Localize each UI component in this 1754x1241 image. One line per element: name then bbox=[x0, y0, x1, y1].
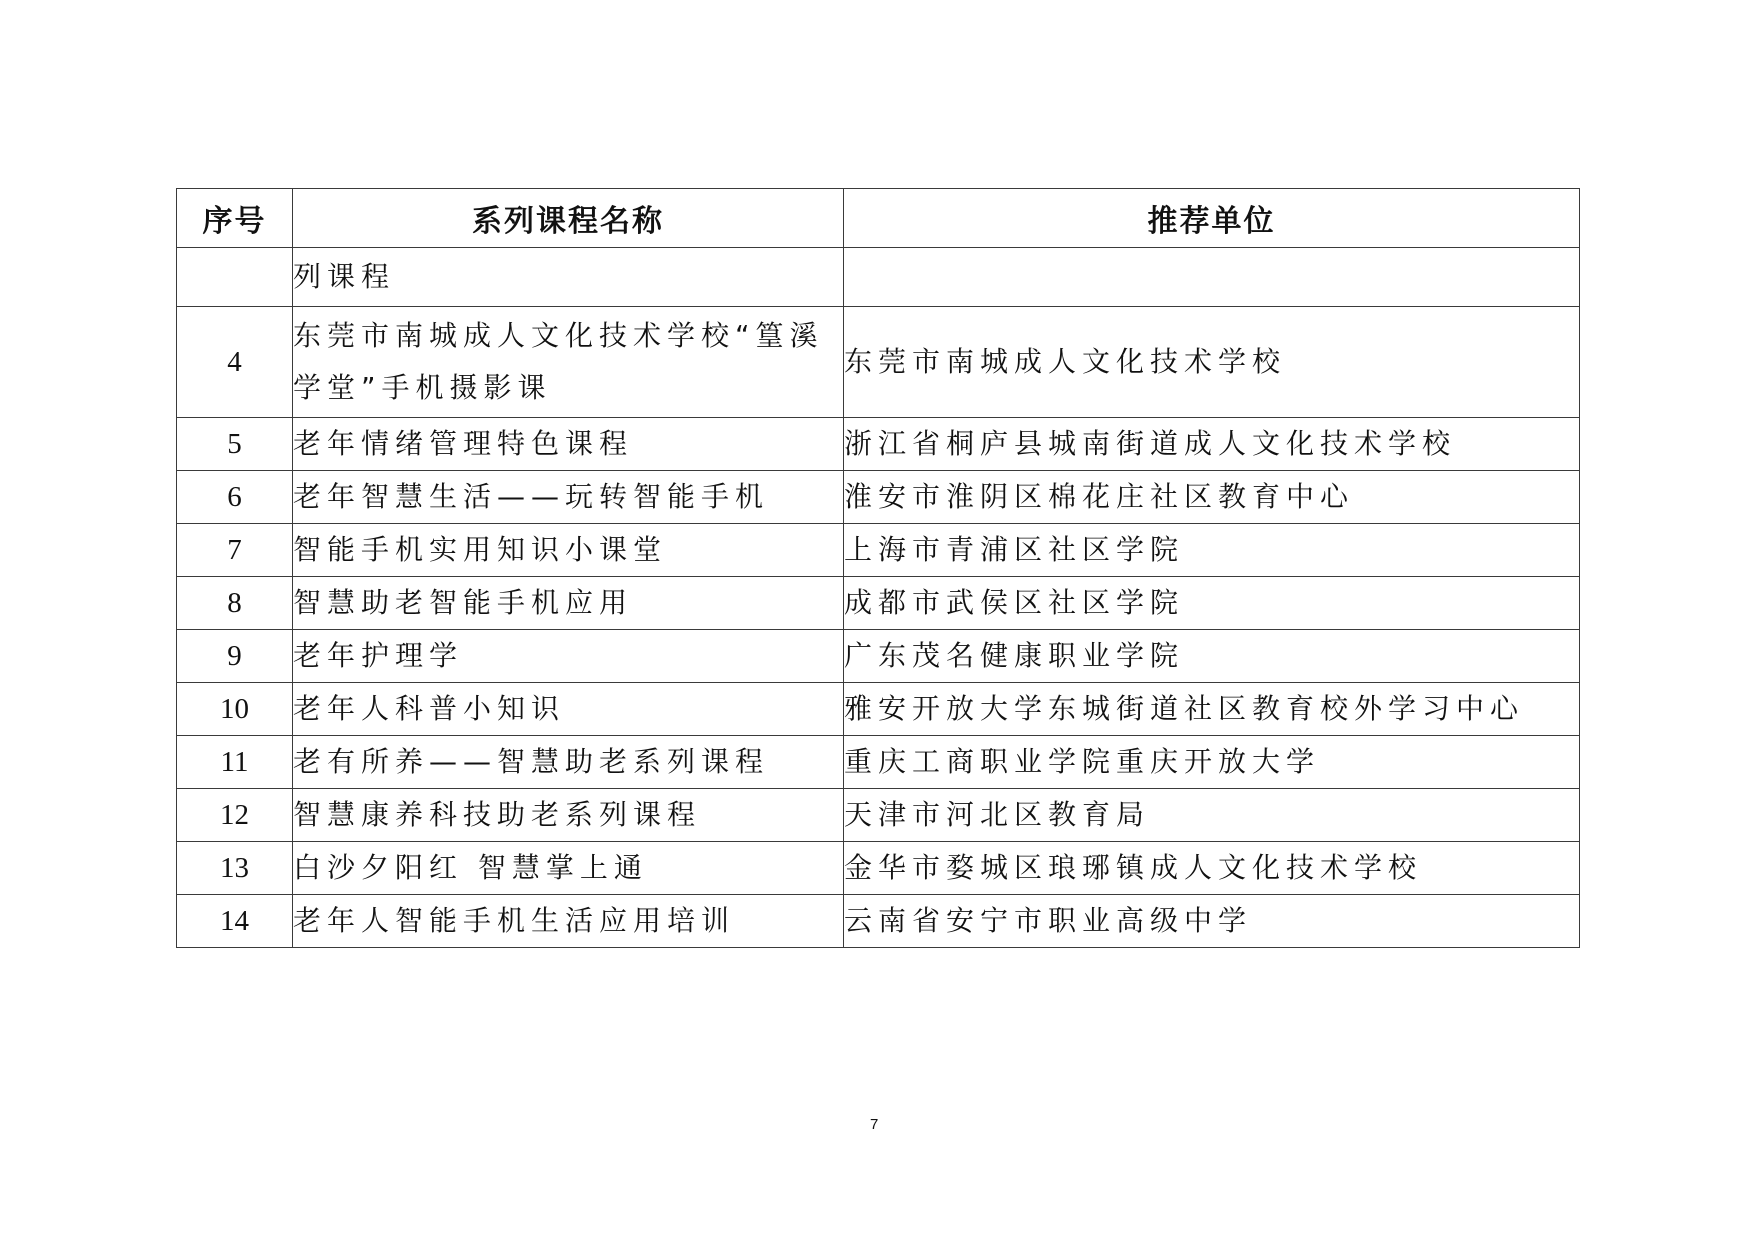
cell-recommending-unit: 东莞市南城成人文化技术学校 bbox=[844, 307, 1580, 418]
table-row: 14 老年人智能手机生活应用培训 云南省安宁市职业高级中学 bbox=[177, 895, 1580, 948]
cell-course-name: 老年护理学 bbox=[293, 630, 844, 683]
cell-course-name: 智能手机实用知识小课堂 bbox=[293, 524, 844, 577]
document-page: 序号 系列课程名称 推荐单位 列课程 4 东莞市南城成人文化技术学校“篁溪学堂”… bbox=[0, 0, 1754, 1241]
cell-course-name: 老年智慧生活——玩转智能手机 bbox=[293, 471, 844, 524]
table-row: 8 智慧助老智能手机应用 成都市武侯区社区学院 bbox=[177, 577, 1580, 630]
cell-recommending-unit: 淮安市淮阴区棉花庄社区教育中心 bbox=[844, 471, 1580, 524]
cell-serial-number: 13 bbox=[177, 842, 293, 895]
cell-course-name: 智慧助老智能手机应用 bbox=[293, 577, 844, 630]
table-row: 4 东莞市南城成人文化技术学校“篁溪学堂”手机摄影课 东莞市南城成人文化技术学校 bbox=[177, 307, 1580, 418]
table-row: 5 老年情绪管理特色课程 浙江省桐庐县城南街道成人文化技术学校 bbox=[177, 418, 1580, 471]
cell-course-name: 老年情绪管理特色课程 bbox=[293, 418, 844, 471]
cell-course-name: 老年人智能手机生活应用培训 bbox=[293, 895, 844, 948]
table-row: 7 智能手机实用知识小课堂 上海市青浦区社区学院 bbox=[177, 524, 1580, 577]
table-row: 9 老年护理学 广东茂名健康职业学院 bbox=[177, 630, 1580, 683]
cell-recommending-unit: 浙江省桐庐县城南街道成人文化技术学校 bbox=[844, 418, 1580, 471]
table-row: 11 老有所养——智慧助老系列课程 重庆工商职业学院重庆开放大学 bbox=[177, 736, 1580, 789]
cell-course-name: 老有所养——智慧助老系列课程 bbox=[293, 736, 844, 789]
cell-course-name: 老年人科普小知识 bbox=[293, 683, 844, 736]
cell-serial-number: 7 bbox=[177, 524, 293, 577]
table-header-row: 序号 系列课程名称 推荐单位 bbox=[177, 189, 1580, 248]
cell-course-name: 列课程 bbox=[293, 248, 844, 307]
header-course-name: 系列课程名称 bbox=[293, 189, 844, 248]
course-table: 序号 系列课程名称 推荐单位 列课程 4 东莞市南城成人文化技术学校“篁溪学堂”… bbox=[176, 188, 1580, 948]
cell-serial-number: 9 bbox=[177, 630, 293, 683]
cell-course-name: 智慧康养科技助老系列课程 bbox=[293, 789, 844, 842]
page-number: 7 bbox=[870, 1116, 878, 1133]
cell-course-name: 白沙夕阳红 智慧掌上通 bbox=[293, 842, 844, 895]
cell-recommending-unit: 上海市青浦区社区学院 bbox=[844, 524, 1580, 577]
cell-recommending-unit: 云南省安宁市职业高级中学 bbox=[844, 895, 1580, 948]
cell-serial-number: 14 bbox=[177, 895, 293, 948]
table-row: 12 智慧康养科技助老系列课程 天津市河北区教育局 bbox=[177, 789, 1580, 842]
cell-recommending-unit: 金华市婺城区琅琊镇成人文化技术学校 bbox=[844, 842, 1580, 895]
header-recommending-unit: 推荐单位 bbox=[844, 189, 1580, 248]
cell-serial-number: 10 bbox=[177, 683, 293, 736]
cell-serial-number: 8 bbox=[177, 577, 293, 630]
cell-course-name: 东莞市南城成人文化技术学校“篁溪学堂”手机摄影课 bbox=[293, 307, 844, 418]
cell-serial-number: 12 bbox=[177, 789, 293, 842]
cell-serial-number: 5 bbox=[177, 418, 293, 471]
cell-serial-number: 4 bbox=[177, 307, 293, 418]
table-row-continuation: 列课程 bbox=[177, 248, 1580, 307]
cell-recommending-unit: 广东茂名健康职业学院 bbox=[844, 630, 1580, 683]
table-row: 10 老年人科普小知识 雅安开放大学东城街道社区教育校外学习中心 bbox=[177, 683, 1580, 736]
header-serial-number: 序号 bbox=[177, 189, 293, 248]
cell-serial-number bbox=[177, 248, 293, 307]
cell-recommending-unit: 成都市武侯区社区学院 bbox=[844, 577, 1580, 630]
cell-recommending-unit: 重庆工商职业学院重庆开放大学 bbox=[844, 736, 1580, 789]
cell-serial-number: 11 bbox=[177, 736, 293, 789]
table-row: 6 老年智慧生活——玩转智能手机 淮安市淮阴区棉花庄社区教育中心 bbox=[177, 471, 1580, 524]
cell-recommending-unit: 雅安开放大学东城街道社区教育校外学习中心 bbox=[844, 683, 1580, 736]
cell-recommending-unit bbox=[844, 248, 1580, 307]
cell-recommending-unit: 天津市河北区教育局 bbox=[844, 789, 1580, 842]
cell-serial-number: 6 bbox=[177, 471, 293, 524]
table-row: 13 白沙夕阳红 智慧掌上通 金华市婺城区琅琊镇成人文化技术学校 bbox=[177, 842, 1580, 895]
